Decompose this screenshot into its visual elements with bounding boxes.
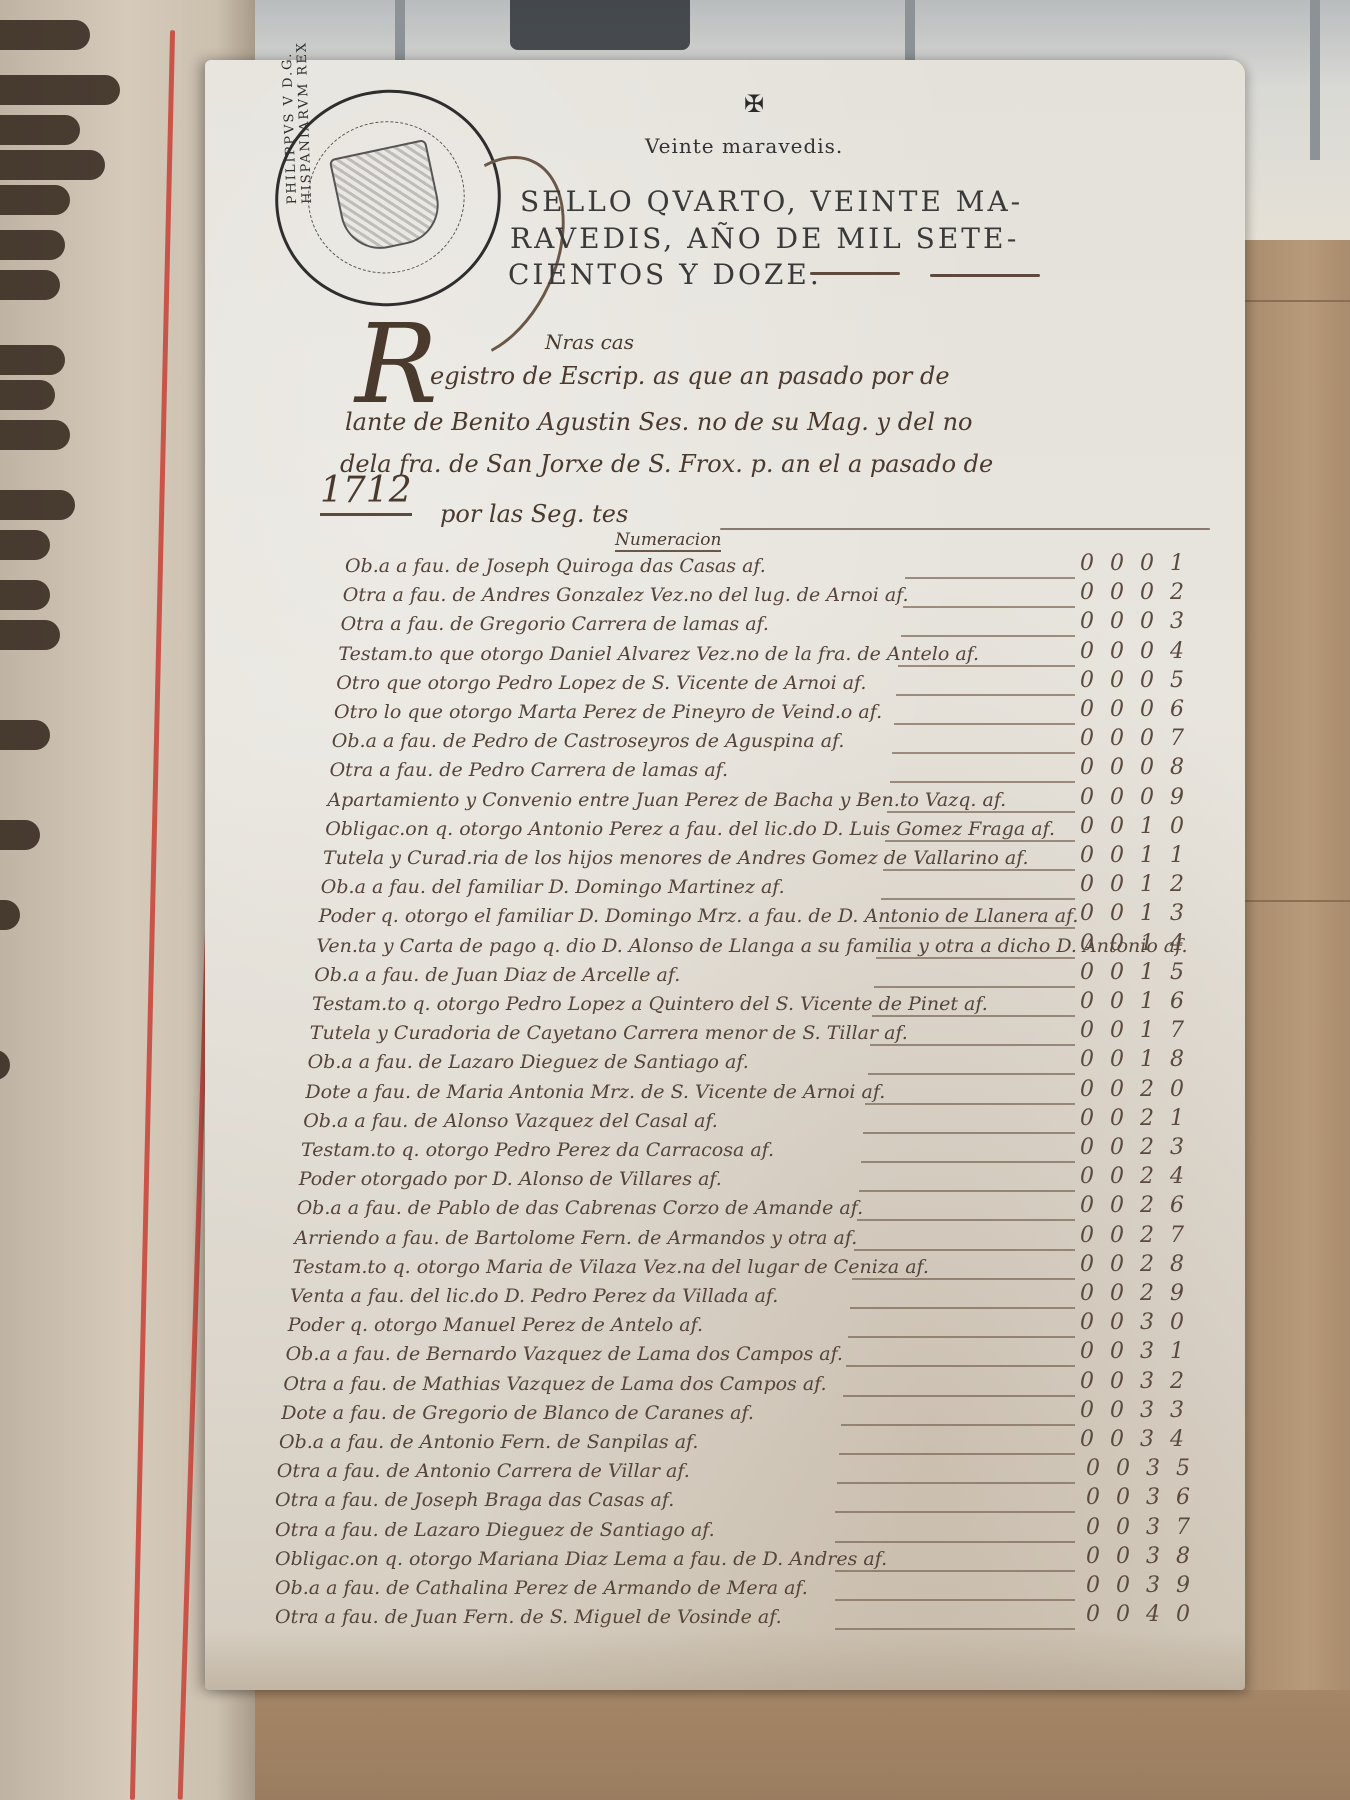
entry-number-digit: 0	[1081, 1573, 1105, 1598]
entry-number-digit: 6	[1165, 1193, 1189, 1218]
entry-leader-line	[848, 1336, 1075, 1338]
entry-text: Poder q. otorgo el familiar D. Domingo M…	[319, 905, 1079, 927]
entry-number-digit: 0	[1105, 843, 1129, 868]
gothic-letter-stroke	[0, 345, 65, 375]
entry-number-digit: 3	[1141, 1573, 1165, 1598]
entry-number-digit: 2	[1135, 1252, 1159, 1277]
entry-number-digit: 1	[1135, 960, 1159, 985]
entry-number-digit: 3	[1141, 1485, 1165, 1510]
entry-number-digit: 7	[1171, 1515, 1195, 1540]
entry-number-digit: 0	[1075, 843, 1099, 868]
shelf-grain-line	[1240, 300, 1350, 302]
entry-number-digit: 0	[1075, 697, 1099, 722]
entry-number-digit: 6	[1165, 989, 1189, 1014]
entry-number-digit: 0	[1075, 1398, 1099, 1423]
entry-text: Arriendo a fau. de Bartolome Fern. de Ar…	[294, 1227, 857, 1249]
entry-number-digit: 0	[1135, 726, 1159, 751]
stamp-line-3: CIENTOS Y DOZE.	[508, 258, 822, 291]
entry-number-digit: 0	[1081, 1515, 1105, 1540]
entry-number-digit: 0	[1135, 785, 1159, 810]
entry-number-digit: 1	[1135, 1018, 1159, 1043]
entry-number-digit: 3	[1165, 609, 1189, 634]
entry-leader-line	[835, 1541, 1075, 1543]
entry-number-digit: 1	[1165, 843, 1189, 868]
entry-number-digit: 0	[1081, 1485, 1105, 1510]
entry-number-digit: 3	[1141, 1515, 1165, 1540]
entry-number-digit: 0	[1105, 1106, 1129, 1131]
entry-leader-line	[870, 1044, 1075, 1046]
entry-leader-line	[835, 1570, 1075, 1572]
entry-text: Venta a fau. del lic.do D. Pedro Perez d…	[290, 1285, 778, 1307]
entry-text: Testam.to q. otorgo Pedro Perez da Carra…	[301, 1139, 774, 1161]
entry-number-digit: 0	[1105, 668, 1129, 693]
gothic-letter-stroke	[0, 490, 75, 520]
entry-number-digit: 0	[1165, 814, 1189, 839]
entry-number-digit: 8	[1171, 1544, 1195, 1569]
entry-number-digit: 2	[1135, 1077, 1159, 1102]
entry-leader-line	[901, 635, 1075, 637]
window-frame	[1310, 0, 1320, 160]
cross-mark-icon: ✠	[744, 90, 764, 118]
entry-number-digit: 0	[1135, 639, 1159, 664]
year-label: 1712	[320, 470, 412, 516]
stamp-line-1: SELLO QVARTO, VEINTE MA-	[520, 185, 1023, 218]
entry-text: Tutela y Curadoria de Cayetano Carrera m…	[310, 1022, 908, 1044]
entry-leader-line	[881, 898, 1075, 900]
entry-number-digit: 0	[1075, 960, 1099, 985]
entry-number-digit: 0	[1081, 1602, 1105, 1627]
entry-text: Ob.a a fau. de Bernardo Vazquez de Lama …	[286, 1343, 843, 1365]
entry-text: Otra a fau. de Juan Fern. de S. Miguel d…	[275, 1606, 782, 1628]
entry-number-digit: 0	[1105, 1310, 1129, 1335]
entry-leader-line	[850, 1307, 1075, 1309]
entry-number-digit: 0	[1105, 1077, 1129, 1102]
entry-leader-line	[852, 1278, 1075, 1280]
entry-leader-line	[863, 1132, 1075, 1134]
entry-number-digit: 2	[1135, 1193, 1159, 1218]
entry-number-digit: 0	[1135, 697, 1159, 722]
entry-number-digit: 4	[1165, 639, 1189, 664]
entry-number-digit: 0	[1075, 1281, 1099, 1306]
entry-number-digit: 0	[1105, 697, 1129, 722]
entry-number-digit: 0	[1075, 755, 1099, 780]
entry-number-digit: 7	[1165, 726, 1189, 751]
entry-number-digit: 2	[1165, 580, 1189, 605]
entry-leader-line	[890, 781, 1075, 783]
entry-text: Dote a fau. de Maria Antonia Mrz. de S. …	[305, 1081, 885, 1103]
entry-leader-line	[861, 1161, 1075, 1163]
entry-text: Otro lo que otorgo Marta Perez de Pineyr…	[334, 701, 882, 723]
entry-number-digit: 1	[1135, 931, 1159, 956]
entry-number-digit: 0	[1075, 814, 1099, 839]
entry-number-digit: 0	[1075, 668, 1099, 693]
entry-leader-line	[872, 1015, 1075, 1017]
entry-number-digit: 3	[1141, 1544, 1165, 1569]
entry-number-digit: 7	[1165, 1223, 1189, 1248]
gothic-letter-stroke	[0, 75, 120, 105]
entry-number-digit: 3	[1165, 901, 1189, 926]
entry-number-digit: 9	[1165, 785, 1189, 810]
entry-number-digit: 0	[1165, 1077, 1189, 1102]
entry-number-digit: 0	[1075, 1427, 1099, 1452]
entry-number-digit: 0	[1075, 1252, 1099, 1277]
entry-number-digit: 3	[1135, 1310, 1159, 1335]
entry-text: Ob.a a fau. de Antonio Fern. de Sanpilas…	[279, 1431, 698, 1453]
entry-number-digit: 0	[1075, 580, 1099, 605]
entry-text: Testam.to q. otorgo Pedro Lopez a Quinte…	[312, 993, 988, 1015]
entry-number-digit: 0	[1075, 1018, 1099, 1043]
entry-number-digit: 0	[1105, 726, 1129, 751]
entry-text: Otra a fau. de Mathias Vazquez de Lama d…	[283, 1373, 826, 1395]
entry-number-digit: 0	[1111, 1485, 1135, 1510]
entry-number-digit: 0	[1105, 1252, 1129, 1277]
entry-number-digit: 0	[1135, 580, 1159, 605]
entry-leader-line	[898, 665, 1075, 667]
entry-number-digit: 0	[1105, 1281, 1129, 1306]
entry-text: Testam.to q. otorgo Maria de Vilaza Vez.…	[292, 1256, 929, 1278]
entry-number-digit: 0	[1105, 580, 1129, 605]
entry-leader-line	[887, 811, 1075, 813]
entry-number-digit: 0	[1075, 1193, 1099, 1218]
entry-number-digit: 6	[1171, 1485, 1195, 1510]
entry-number-digit: 0	[1171, 1602, 1195, 1627]
entry-number-digit: 0	[1105, 989, 1129, 1014]
entry-text: Ob.a a fau. del familiar D. Domingo Mart…	[321, 876, 785, 898]
gothic-letter-stroke	[0, 185, 70, 215]
entry-number-digit: 0	[1135, 755, 1159, 780]
gothic-letter-stroke	[0, 20, 90, 50]
entry-number-digit: 4	[1165, 931, 1189, 956]
entry-text: Otro que otorgo Pedro Lopez de S. Vicent…	[336, 672, 866, 694]
gothic-letter-stroke	[0, 380, 55, 410]
entry-number-digit: 0	[1075, 726, 1099, 751]
entry-leader-line	[835, 1511, 1075, 1513]
entry-number-digit: 0	[1111, 1602, 1135, 1627]
heading-line-3: dela fra. de San Jorxe de S. Frox. p. an…	[340, 450, 993, 478]
register-entry: Otra a fau. de Juan Fern. de S. Miguel d…	[0, 1606, 1350, 1642]
entry-number-digit: 0	[1075, 1047, 1099, 1072]
entry-text: Ob.a a fau. de Joseph Quiroga das Casas …	[345, 555, 766, 577]
entry-number-digit: 1	[1135, 989, 1159, 1014]
entry-text: Obligac.on q. otorgo Mariana Diaz Lema a…	[275, 1548, 887, 1570]
entry-number-digit: 3	[1135, 1398, 1159, 1423]
entry-number-digit: 0	[1105, 1427, 1129, 1452]
entry-text: Testam.to que otorgo Daniel Alvarez Vez.…	[338, 643, 979, 665]
entry-leader-line	[835, 1628, 1075, 1630]
entry-text: Ven.ta y Carta de pago q. dio D. Alonso …	[316, 935, 1187, 957]
entry-number-digit: 0	[1105, 609, 1129, 634]
entry-leader-line	[883, 869, 1075, 871]
entry-leader-line	[896, 694, 1075, 696]
entry-number-digit: 0	[1105, 1369, 1129, 1394]
heading-line-4: por las Seg. tes	[440, 500, 628, 528]
entry-leader-line	[905, 577, 1075, 579]
entry-number-digit: 0	[1075, 1369, 1099, 1394]
entry-number-digit: 1	[1165, 551, 1189, 576]
entry-number-digit: 2	[1135, 1106, 1159, 1131]
entry-number-digit: 7	[1165, 1018, 1189, 1043]
entry-leader-line	[837, 1482, 1075, 1484]
entry-number-digit: 8	[1165, 1252, 1189, 1277]
entry-text: Otra a fau. de Joseph Braga das Casas af…	[275, 1489, 674, 1511]
background-monitor	[510, 0, 690, 50]
entry-number-digit: 0	[1111, 1544, 1135, 1569]
entry-leader-line	[879, 927, 1075, 929]
entry-number-digit: 0	[1105, 1164, 1129, 1189]
entry-number-digit: 0	[1081, 1544, 1105, 1569]
entry-number-digit: 2	[1165, 872, 1189, 897]
entry-text: Otra a fau. de Gregorio Carrera de lamas…	[341, 613, 769, 635]
entry-number-digit: 0	[1105, 1223, 1129, 1248]
entry-number-digit: 0	[1105, 551, 1129, 576]
entry-text: Poder q. otorgo Manuel Perez de Antelo a…	[288, 1314, 703, 1336]
entry-leader-line	[885, 840, 1075, 842]
entry-number-digit: 0	[1111, 1515, 1135, 1540]
entry-number-digit: 1	[1165, 1339, 1189, 1364]
entry-number-digit: 0	[1111, 1456, 1135, 1481]
entry-text: Ob.a a fau. de Alonso Vazquez del Casal …	[303, 1110, 718, 1132]
entry-text: Ob.a a fau. de Pablo de das Cabrenas Cor…	[297, 1197, 864, 1219]
entry-number-digit: 6	[1165, 697, 1189, 722]
gothic-letter-stroke	[0, 115, 80, 145]
entry-number-digit: 1	[1135, 843, 1159, 868]
entry-leader-line	[859, 1190, 1075, 1192]
stamp-line-2: RAVEDIS, AÑO DE MIL SETE-	[510, 222, 1019, 255]
entry-number-digit: 0	[1105, 639, 1129, 664]
entry-text: Tutela y Curad.ria de los hijos menores …	[323, 847, 1029, 869]
entry-number-digit: 0	[1075, 931, 1099, 956]
entry-number-digit: 1	[1165, 1106, 1189, 1131]
entry-text: Otra a fau. de Pedro Carrera de lamas af…	[330, 759, 728, 781]
entry-number-digit: 0	[1105, 1135, 1129, 1160]
entry-number-digit: 0	[1105, 1193, 1129, 1218]
entry-number-digit: 8	[1165, 1047, 1189, 1072]
entry-number-digit: 1	[1135, 901, 1159, 926]
entry-number-digit: 5	[1165, 960, 1189, 985]
entry-text: Dote a fau. de Gregorio de Blanco de Car…	[281, 1402, 754, 1424]
entry-number-digit: 4	[1165, 1164, 1189, 1189]
entry-number-digit: 9	[1165, 1281, 1189, 1306]
entry-number-digit: 1	[1135, 1047, 1159, 1072]
entry-text: Ob.a a fau. de Juan Diaz de Arcelle af.	[314, 964, 680, 986]
entry-number-digit: 0	[1075, 1135, 1099, 1160]
entry-leader-line	[903, 606, 1075, 608]
entry-number-digit: 0	[1105, 814, 1129, 839]
entry-text: Ob.a a fau. de Lazaro Dieguez de Santiag…	[308, 1051, 749, 1073]
entry-number-digit: 0	[1075, 872, 1099, 897]
entry-text: Otra a fau. de Antonio Carrera de Villar…	[277, 1460, 690, 1482]
entry-number-digit: 3	[1135, 1339, 1159, 1364]
entry-number-digit: 3	[1135, 1427, 1159, 1452]
entry-number-digit: 2	[1165, 1369, 1189, 1394]
ink-flourish-line	[810, 272, 900, 275]
entry-leader-line	[854, 1249, 1075, 1251]
entry-text: Otra a fau. de Lazaro Dieguez de Santiag…	[275, 1519, 715, 1541]
entry-number-digit: 0	[1075, 1223, 1099, 1248]
entry-number-digit: 0	[1075, 1077, 1099, 1102]
entry-number-digit: 0	[1135, 668, 1159, 693]
entry-number-digit: 3	[1135, 1369, 1159, 1394]
entry-leader-line	[876, 957, 1075, 959]
entry-number-digit: 5	[1171, 1456, 1195, 1481]
entry-number-digit: 9	[1171, 1573, 1195, 1598]
entry-number-digit: 0	[1105, 960, 1129, 985]
stamp-value-text: Veinte maravedis.	[645, 134, 843, 158]
entry-text: Apartamiento y Convenio entre Juan Perez…	[327, 789, 1006, 811]
entry-leader-line	[894, 723, 1075, 725]
entry-number-digit: 0	[1105, 785, 1129, 810]
entry-number-digit: 0	[1075, 1164, 1099, 1189]
entry-number-digit: 0	[1165, 1310, 1189, 1335]
entry-leader-line	[839, 1453, 1075, 1455]
entry-leader-line	[846, 1365, 1075, 1367]
entry-number-digit: 3	[1165, 1135, 1189, 1160]
entry-number-digit: 0	[1075, 901, 1099, 926]
entry-number-digit: 0	[1105, 931, 1129, 956]
gothic-letter-stroke	[0, 420, 70, 450]
entry-number-digit: 0	[1075, 639, 1099, 664]
entry-number-digit: 1	[1135, 814, 1159, 839]
entry-text: Otra a fau. de Andres Gonzalez Vez.no de…	[343, 584, 909, 606]
entry-number-digit: 0	[1075, 551, 1099, 576]
numeration-label: Numeracion	[615, 530, 721, 552]
entry-number-digit: 3	[1165, 1398, 1189, 1423]
entry-number-digit: 0	[1075, 785, 1099, 810]
entry-number-digit: 0	[1105, 1018, 1129, 1043]
entry-leader-line	[857, 1219, 1075, 1221]
entry-leader-line	[835, 1599, 1075, 1601]
entry-number-digit: 0	[1075, 1106, 1099, 1131]
entry-text: Ob.a a fau. de Pedro de Castroseyros de …	[332, 730, 845, 752]
ink-flourish-line	[930, 274, 1040, 277]
entry-leader-line	[843, 1395, 1075, 1397]
heading-superscript: Nras cas	[545, 330, 634, 354]
entry-number-digit: 2	[1135, 1135, 1159, 1160]
entry-leader-line	[868, 1073, 1075, 1075]
entry-text: Poder otorgado por D. Alonso de Villares…	[299, 1168, 722, 1190]
entry-number-digit: 8	[1165, 755, 1189, 780]
gothic-letter-stroke	[0, 150, 105, 180]
entry-number-digit: 2	[1135, 1223, 1159, 1248]
entry-number-digit: 4	[1141, 1602, 1165, 1627]
entry-number-digit: 0	[1081, 1456, 1105, 1481]
entry-text: Obligac.on q. otorgo Antonio Perez a fau…	[325, 818, 1055, 840]
entry-number-digit: 2	[1135, 1164, 1159, 1189]
heading-line-1: egistro de Escrip. as que an pasado por …	[430, 362, 950, 390]
entry-number-digit: 0	[1105, 1398, 1129, 1423]
entry-number-digit: 2	[1135, 1281, 1159, 1306]
entry-number-digit: 0	[1105, 1047, 1129, 1072]
entry-number-digit: 0	[1075, 1310, 1099, 1335]
heading-line-2: lante de Benito Agustin Ses. no de su Ma…	[345, 408, 973, 436]
entry-number-digit: 0	[1075, 989, 1099, 1014]
gothic-letter-stroke	[0, 230, 65, 260]
entry-leader-line	[841, 1424, 1075, 1426]
entry-number-digit: 1	[1135, 872, 1159, 897]
heading-rule	[720, 528, 1210, 530]
entry-number-digit: 0	[1075, 1339, 1099, 1364]
entry-leader-line	[865, 1103, 1075, 1105]
entry-leader-line	[874, 986, 1075, 988]
entry-number-digit: 3	[1141, 1456, 1165, 1481]
entry-number-digit: 0	[1135, 551, 1159, 576]
entry-number-digit: 0	[1135, 609, 1159, 634]
entry-number-digit: 0	[1105, 901, 1129, 926]
gothic-letter-stroke	[0, 270, 60, 300]
entry-number-digit: 0	[1111, 1573, 1135, 1598]
entry-number-digit: 5	[1165, 668, 1189, 693]
entry-text: Ob.a a fau. de Cathalina Perez de Armand…	[275, 1577, 808, 1599]
entry-leader-line	[892, 752, 1075, 754]
entry-number-digit: 0	[1105, 872, 1129, 897]
entry-number-digit: 0	[1075, 609, 1099, 634]
entry-number-digit: 0	[1105, 1339, 1129, 1364]
entry-number-digit: 0	[1105, 755, 1129, 780]
entry-number-digit: 4	[1165, 1427, 1189, 1452]
